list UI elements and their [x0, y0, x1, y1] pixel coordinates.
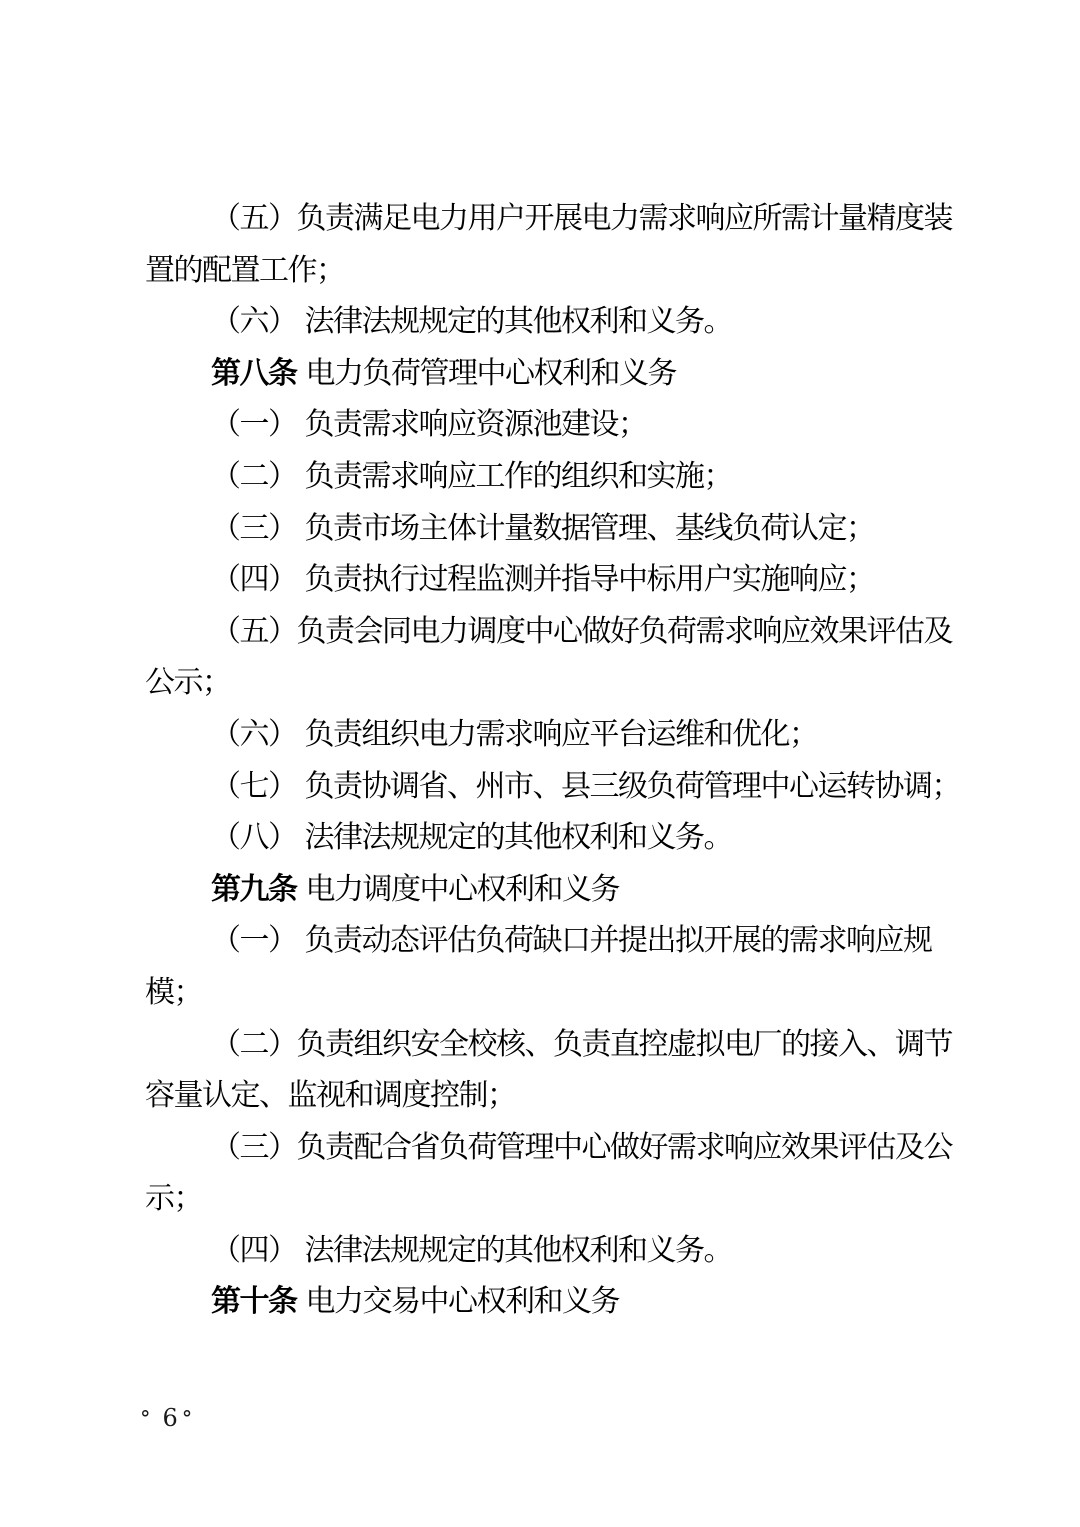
line-text: 电力调度中心权利和义务: [306, 872, 620, 907]
line-text: （二）负责组织安全校核、负责直控虚拟电厂的接入、调节: [211, 1027, 952, 1062]
text-line: （五）负责满足电力用户开展电力需求响应所需计量精度装: [145, 193, 960, 245]
page-number: 6: [163, 1404, 178, 1432]
text-line: （三） 负责市场主体计量数据管理、基线负荷认定；: [145, 503, 960, 555]
text-line: （六） 负责组织电力需求响应平台运维和优化；: [145, 709, 960, 761]
text-line: （五）负责会同电力调度中心做好负荷需求响应效果评估及: [145, 606, 960, 658]
line-text: （一） 负责动态评估负荷缺口并提出拟开展的需求响应规: [211, 923, 932, 958]
text-line: （二） 负责需求响应工作的组织和实施；: [145, 451, 960, 503]
line-text: （七） 负责协调省、州市、县三级负荷管理中心运转协调；: [211, 769, 960, 804]
article-heading-line: 第九条电力调度中心权利和义务: [145, 864, 960, 916]
article-heading-line: 第十条电力交易中心权利和义务: [145, 1276, 960, 1328]
line-text: （四） 负责执行过程监测并指导中标用户实施响应；: [211, 562, 875, 597]
line-text: 公示；: [145, 665, 231, 700]
text-line: 示；: [145, 1173, 960, 1225]
line-text: 电力交易中心权利和义务: [306, 1284, 620, 1319]
line-text: （五）负责会同电力调度中心做好负荷需求响应效果评估及: [211, 614, 952, 649]
line-text: （八） 法律法规规定的其他权利和义务。: [211, 820, 732, 855]
article-number: 第九条: [211, 872, 297, 907]
text-line: （四） 法律法规规定的其他权利和义务。: [145, 1225, 960, 1277]
article-heading-line: 第八条电力负荷管理中心权利和义务: [145, 348, 960, 400]
text-line: （八） 法律法规规定的其他权利和义务。: [145, 812, 960, 864]
footer-ring-right: °: [182, 1407, 193, 1431]
text-line: （一） 负责动态评估负荷缺口并提出拟开展的需求响应规: [145, 915, 960, 967]
page-footer: °6°: [140, 1404, 192, 1432]
footer-ring-left: °: [140, 1407, 151, 1431]
text-line: （四） 负责执行过程监测并指导中标用户实施响应；: [145, 554, 960, 606]
article-number: 第十条: [211, 1284, 297, 1319]
text-line: （二）负责组织安全校核、负责直控虚拟电厂的接入、调节: [145, 1019, 960, 1071]
line-text: 电力负荷管理中心权利和义务: [306, 356, 677, 391]
line-text: （一） 负责需求响应资源池建设；: [211, 407, 647, 442]
document-body: （五）负责满足电力用户开展电力需求响应所需计量精度装置的配置工作；（六） 法律法…: [145, 193, 960, 1328]
text-line: 模；: [145, 967, 960, 1019]
article-number: 第八条: [211, 356, 297, 391]
line-text: 示；: [145, 1181, 202, 1216]
line-text: （六） 负责组织电力需求响应平台运维和优化；: [211, 717, 818, 752]
text-line: 置的配置工作；: [145, 245, 960, 297]
line-text: （四） 法律法规规定的其他权利和义务。: [211, 1233, 732, 1268]
text-line: （三）负责配合省负荷管理中心做好需求响应效果评估及公: [145, 1122, 960, 1174]
line-text: 容量认定、监视和调度控制；: [145, 1078, 516, 1113]
text-line: （六） 法律法规规定的其他权利和义务。: [145, 296, 960, 348]
line-text: （三） 负责市场主体计量数据管理、基线负荷认定；: [211, 511, 875, 546]
text-line: 公示；: [145, 657, 960, 709]
line-text: 置的配置工作；: [145, 253, 345, 288]
document-page: （五）负责满足电力用户开展电力需求响应所需计量精度装置的配置工作；（六） 法律法…: [0, 0, 1080, 1527]
line-text: （五）负责满足电力用户开展电力需求响应所需计量精度装: [211, 201, 952, 236]
text-line: （七） 负责协调省、州市、县三级负荷管理中心运转协调；: [145, 761, 960, 813]
text-line: 容量认定、监视和调度控制；: [145, 1070, 960, 1122]
line-text: （二） 负责需求响应工作的组织和实施；: [211, 459, 732, 494]
line-text: （三）负责配合省负荷管理中心做好需求响应效果评估及公: [211, 1130, 952, 1165]
line-text: （六） 法律法规规定的其他权利和义务。: [211, 304, 732, 339]
line-text: 模；: [145, 975, 202, 1010]
text-line: （一） 负责需求响应资源池建设；: [145, 399, 960, 451]
